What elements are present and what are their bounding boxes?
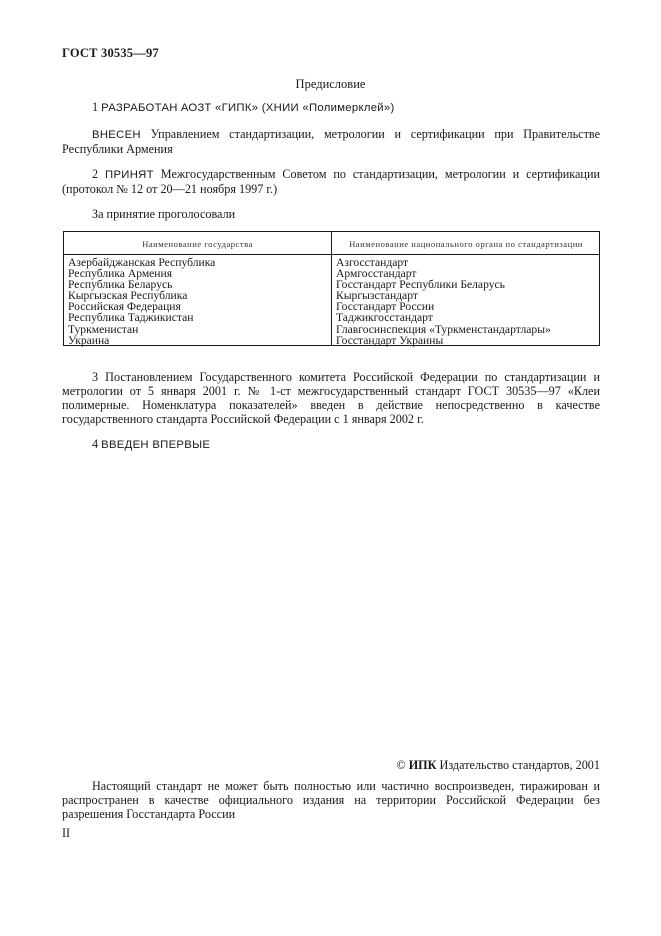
column-divider [331,232,332,345]
section-number: 1 [92,100,98,114]
section-text: Управлением стандартизации, метрологии и… [62,127,600,156]
page-title: Предисловие [0,77,661,91]
section-1-developed: 1 РАЗРАБОТАН АОЗТ «ГИПК» (ХНИИ «Полимерк… [62,100,600,115]
section-1-submitted: ВНЕСЕН Управлением стандартизации, метро… [62,127,600,156]
voting-table: Наименование государства Наименование на… [63,231,600,346]
section-label: РАЗРАБОТАН [101,102,178,114]
table-cell-body: Главгосинспекция «Туркменстандартлары» [336,324,551,335]
standards-body-column: Азгосстандарт Армгосстандарт Госстандарт… [336,257,551,346]
header-standards-body: Наименование национального органа по ста… [332,237,600,251]
table-cell-state: Туркменистан [68,324,215,335]
copyright-line: © ИПК Издательство стандартов, 2001 [396,758,600,772]
section-label: ВНЕСЕН [92,129,141,141]
table-cell-body: Госстандарт Украины [336,335,551,346]
section-4-introduced: 4 ВВЕДЕН ВПЕРВЫЕ [62,437,600,452]
section-3-enacted: 3 Постановлением Государственного комите… [62,370,600,426]
section-text: Постановлением Государственного комитета… [62,370,600,426]
section-number: 2 [92,167,98,181]
reproduction-notice: Настоящий стандарт не может быть полност… [62,779,600,821]
voted-label: За принятие проголосовали [62,207,600,221]
section-text: АОЗТ «ГИПК» (ХНИИ «Полимерклей») [181,102,395,114]
table-cell-state: Республика Таджикистан [68,312,215,323]
section-2-adopted: 2 ПРИНЯТ Межгосударственным Советом по с… [62,167,600,196]
section-number: 4 [92,437,98,451]
section-label: ВВЕДЕН ВПЕРВЫЕ [101,439,210,451]
header-state: Наименование государства [64,237,331,251]
page-number: II [62,826,70,840]
publisher-brand: ИПК [409,758,437,772]
table-cell-state: Украина [68,335,215,346]
state-column: Азербайджанская Республика Республика Ар… [68,257,215,346]
publisher-name: Издательство стандартов, 2001 [440,758,600,772]
document-code: ГОСТ 30535—97 [62,46,159,60]
copyright-icon: © [396,758,405,772]
section-number: 3 [92,370,98,384]
table-cell-body: Таджикгосстандарт [336,312,551,323]
section-label: ПРИНЯТ [105,169,154,181]
